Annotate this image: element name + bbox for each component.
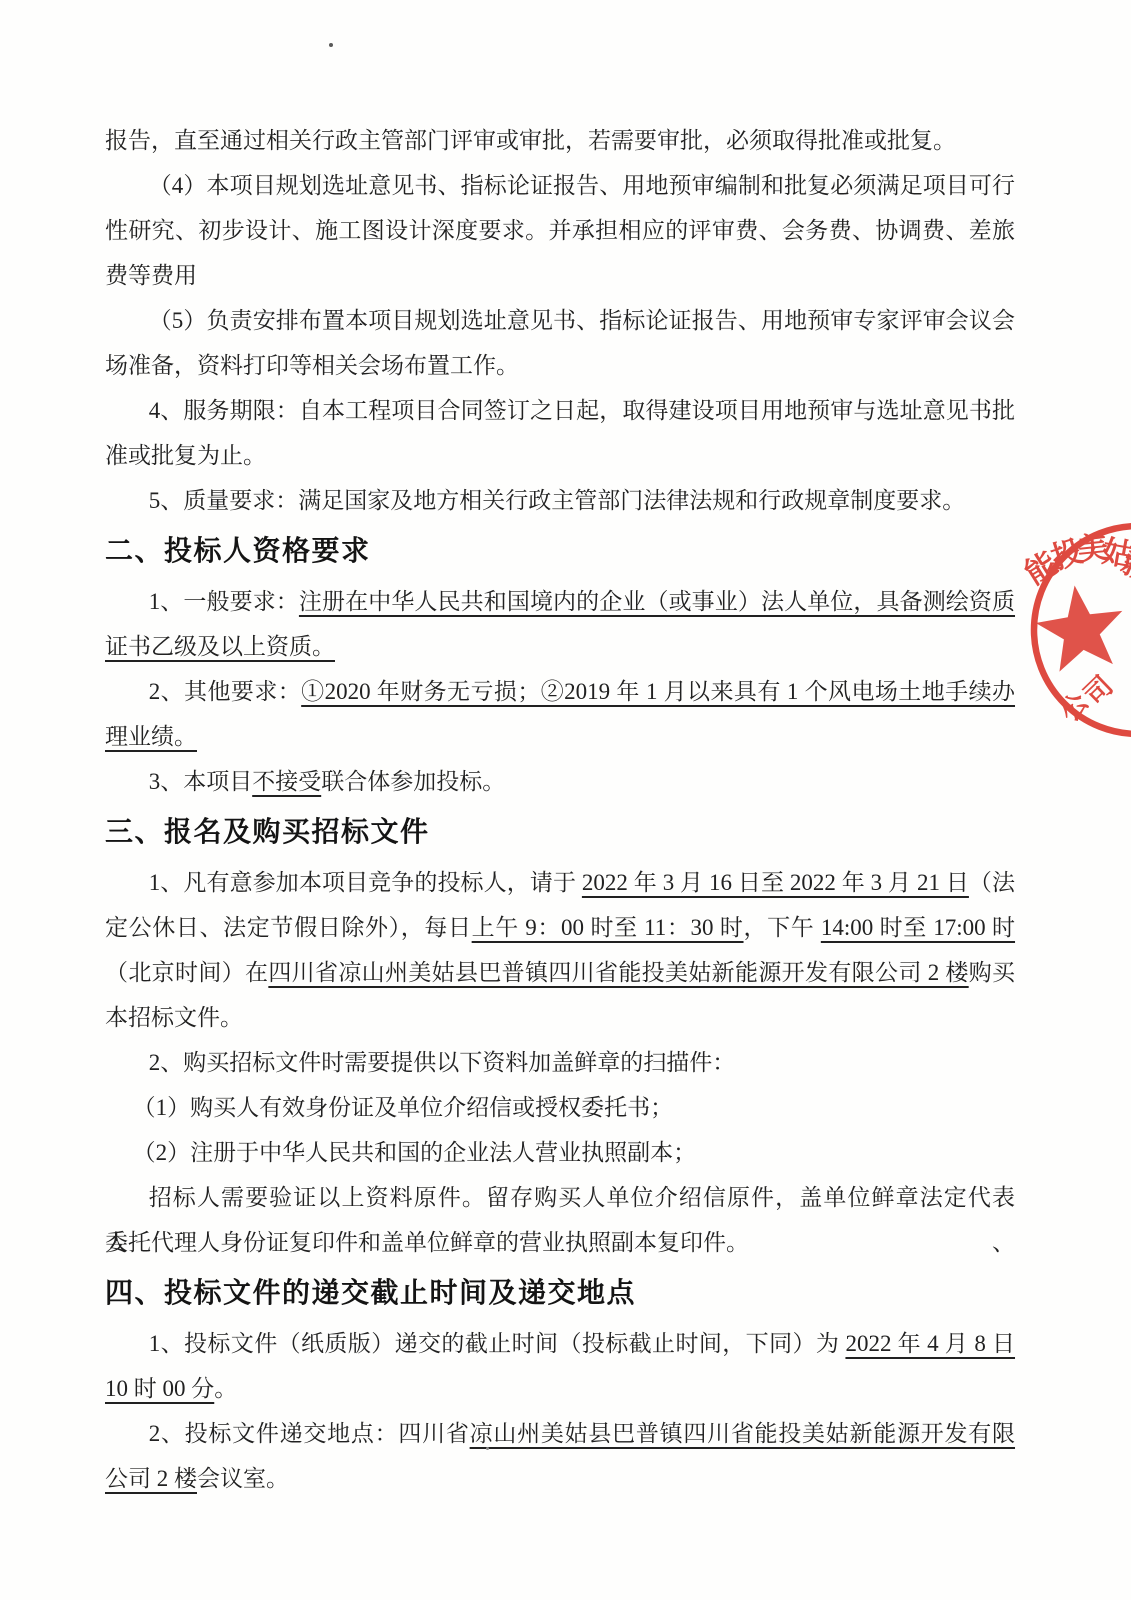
underlined-text: 10 时 00 分 xyxy=(105,1376,214,1401)
paragraph: 报告，直至通过相关行政主管部门评审或审批，若需要审批，必须取得批准或批复。 xyxy=(105,118,1015,163)
text-line: 性研究、初步设计、施工图设计深度要求。并承担相应的评审费、会务费、协调费、差旅 xyxy=(105,208,1015,253)
text-segment: 2、投标文件递交地点：四川省 xyxy=(149,1421,470,1446)
paragraph: 5、质量要求：满足国家及地方相关行政主管部门法律法规和行政规章制度要求。 xyxy=(105,478,1015,523)
company-seal-stamp: 能 投 美 姑 新 公 司 xyxy=(995,468,1131,780)
text-line: 3、本项目不接受联合体参加投标。 xyxy=(105,759,1015,804)
paragraph: （2）注册于中华人民共和国的企业法人营业执照副本； xyxy=(105,1130,1015,1175)
scanned-document-page: 报告，直至通过相关行政主管部门评审或审批，若需要审批，必须取得批准或批复。（4）… xyxy=(0,0,1131,1600)
text-segment: 3、本项目 xyxy=(149,769,253,794)
paragraph: 3、本项目不接受联合体参加投标。 xyxy=(105,759,1015,804)
scan-speck xyxy=(329,43,333,47)
text-segment: 1、一般要求： xyxy=(149,589,299,614)
text-segment: （2）注册于中华人民共和国的企业法人营业执照副本； xyxy=(133,1140,697,1165)
text-segment: （法 xyxy=(969,870,1015,895)
paragraph: 4、服务期限：自本工程项目合同签订之日起，取得建设项目用地预审与选址意见书批准或… xyxy=(105,388,1015,478)
underlined-text: 2022 年 4 月 8 日 xyxy=(845,1331,1015,1356)
text-line: （2）注册于中华人民共和国的企业法人营业执照副本； xyxy=(105,1130,1015,1175)
text-line: 理业绩。 xyxy=(105,714,1015,759)
paragraph: 1、投标文件（纸质版）递交的截止时间（投标截止时间，下同）为 2022 年 4 … xyxy=(105,1321,1015,1411)
scan-speck xyxy=(486,1447,489,1450)
text-segment: 购买 xyxy=(969,960,1015,985)
underlined-text: 理业绩。 xyxy=(105,724,197,749)
text-line: 招标人需要验证以上资料原件。留存购买人单位介绍信原件，盖单位鲜章法定代表人、 xyxy=(105,1175,1015,1220)
text-segment: 5、质量要求：满足国家及地方相关行政主管部门法律法规和行政规章制度要求。 xyxy=(149,488,966,513)
text-line: 1、一般要求：注册在中华人民共和国境内的企业（或事业）法人单位，具备测绘资质 xyxy=(105,579,1015,624)
paragraph: 招标人需要验证以上资料原件。留存购买人单位介绍信原件，盖单位鲜章法定代表人、委托… xyxy=(105,1175,1015,1265)
text-line: 5、质量要求：满足国家及地方相关行政主管部门法律法规和行政规章制度要求。 xyxy=(105,478,1015,523)
text-line: （5）负责安排布置本项目规划选址意见书、指标论证报告、用地预审专家评审会议会 xyxy=(105,298,1015,343)
text-line: 10 时 00 分。 xyxy=(105,1366,1015,1411)
text-line: 4、服务期限：自本工程项目合同签订之日起，取得建设项目用地预审与选址意见书批 xyxy=(105,388,1015,433)
text-segment: 定公休日、法定节假日除外），每日 xyxy=(105,915,472,940)
seal-arc-char: 能 xyxy=(1019,545,1064,591)
text-line: （北京时间）在四川省凉山州美姑县巴普镇四川省能投美姑新能源开发有限公司 2 楼购… xyxy=(105,950,1015,995)
star-icon xyxy=(1031,579,1129,674)
text-segment: （5）负责安排布置本项目规划选址意见书、指标论证报告、用地预审专家评审会议会 xyxy=(149,308,1015,333)
text-segment: 2、其他要求： xyxy=(149,679,301,704)
text-segment: 费等费用 xyxy=(105,263,197,288)
text-segment: ，下午 xyxy=(744,915,821,940)
text-segment: 本招标文件。 xyxy=(105,1005,243,1030)
text-segment: （1）购买人有效身份证及单位介绍信或授权委托书； xyxy=(133,1095,674,1120)
text-line: 2、其他要求：①2020 年财务无亏损；②2019 年 1 月以来具有 1 个风… xyxy=(105,669,1015,714)
text-segment: 报告，直至通过相关行政主管部门评审或审批，若需要审批，必须取得批准或批复。 xyxy=(105,128,956,153)
paragraph: （5）负责安排布置本项目规划选址意见书、指标论证报告、用地预审专家评审会议会场准… xyxy=(105,298,1015,388)
text-line: 报告，直至通过相关行政主管部门评审或审批，若需要审批，必须取得批准或批复。 xyxy=(105,118,1015,163)
document-body: 报告，直至通过相关行政主管部门评审或审批，若需要审批，必须取得批准或批复。（4）… xyxy=(105,118,1015,1501)
text-line: 2、投标文件递交地点：四川省凉山州美姑县巴普镇四川省能投美姑新能源开发有限 xyxy=(105,1411,1015,1456)
seal-arc-char: 新 xyxy=(1117,544,1131,589)
text-segment: （4）本项目规划选址意见书、指标论证报告、用地预审编制和批复必须满足项目可行 xyxy=(149,173,1015,198)
text-line: 2、购买招标文件时需要提供以下资料加盖鲜章的扫描件： xyxy=(105,1040,1015,1085)
text-segment: 准或批复为止。 xyxy=(105,443,266,468)
text-segment: 会议室。 xyxy=(197,1466,289,1491)
underlined-text: ①2020 年财务无亏损；②2019 年 1 月以来具有 1 个风电场土地手续办 xyxy=(301,679,1015,704)
text-segment: 性研究、初步设计、施工图设计深度要求。并承担相应的评审费、会务费、协调费、差旅 xyxy=(105,218,1015,243)
text-segment: 4、服务期限：自本工程项目合同签订之日起，取得建设项目用地预审与选址意见书批 xyxy=(149,398,1015,423)
text-segment: 委托代理人身份证复印件和盖单位鲜章的营业执照副本复印件。 xyxy=(105,1230,749,1255)
seal-arc-char: 美 xyxy=(1076,529,1110,567)
text-line: 准或批复为止。 xyxy=(105,433,1015,478)
seal-bottom-char: 司 xyxy=(1078,670,1118,710)
underlined-text: 证书乙级及以上资质。 xyxy=(105,634,335,659)
text-line: 定公休日、法定节假日除外），每日上午 9：00 时至 11：30 时，下午 14… xyxy=(105,905,1015,950)
underlined-text: 14:00 时至 17:00 时 xyxy=(821,915,1015,940)
text-line: 本招标文件。 xyxy=(105,995,1015,1040)
text-segment: （北京时间）在 xyxy=(105,960,268,985)
text-segment: 2、购买招标文件时需要提供以下资料加盖鲜章的扫描件： xyxy=(149,1050,736,1075)
seal-bottom-char: 公 xyxy=(1054,688,1094,728)
seal-arc-char: 投 xyxy=(1047,533,1087,576)
text-line: 证书乙级及以上资质。 xyxy=(105,624,1015,669)
underlined-text: 注册在中华人民共和国境内的企业（或事业）法人单位，具备测绘资质 xyxy=(299,589,1015,614)
text-segment: 1、凡有意参加本项目竞争的投标人，请于 xyxy=(149,870,582,895)
text-line: 场准备，资料打印等相关会场布置工作。 xyxy=(105,343,1015,388)
seal-arc-char: 姑 xyxy=(1100,534,1131,574)
underlined-text: 公司 2 楼 xyxy=(105,1466,197,1491)
underlined-text: 上午 9：00 时至 11：30 时 xyxy=(472,915,744,940)
paragraph: 2、购买招标文件时需要提供以下资料加盖鲜章的扫描件： xyxy=(105,1040,1015,1085)
paragraph: 1、一般要求：注册在中华人民共和国境内的企业（或事业）法人单位，具备测绘资质证书… xyxy=(105,579,1015,669)
section-heading: 四、投标文件的递交截止时间及递交地点 xyxy=(105,1265,1015,1321)
paragraph: （1）购买人有效身份证及单位介绍信或授权委托书； xyxy=(105,1085,1015,1130)
text-segment: 。 xyxy=(214,1376,237,1401)
underlined-text: 2022 年 3 月 16 日至 2022 年 3 月 21 日 xyxy=(582,870,969,895)
section-heading: 三、报名及购买招标文件 xyxy=(105,804,1015,860)
text-line: 1、凡有意参加本项目竞争的投标人，请于 2022 年 3 月 16 日至 202… xyxy=(105,860,1015,905)
underlined-text: 凉山州美姑县巴普镇四川省能投美姑新能源开发有限 xyxy=(470,1421,1015,1446)
paragraph: （4）本项目规划选址意见书、指标论证报告、用地预审编制和批复必须满足项目可行性研… xyxy=(105,163,1015,298)
underlined-text: 四川省凉山州美姑县巴普镇四川省能投美姑新能源开发有限公司 2 楼 xyxy=(268,960,968,985)
text-line: 1、投标文件（纸质版）递交的截止时间（投标截止时间，下同）为 2022 年 4 … xyxy=(105,1321,1015,1366)
paragraph: 2、其他要求：①2020 年财务无亏损；②2019 年 1 月以来具有 1 个风… xyxy=(105,669,1015,759)
seal-ring xyxy=(1034,526,1131,734)
text-segment: 联合体参加投标。 xyxy=(321,769,505,794)
paragraph: 1、凡有意参加本项目竞争的投标人，请于 2022 年 3 月 16 日至 202… xyxy=(105,860,1015,1040)
text-segment: 1、投标文件（纸质版）递交的截止时间（投标截止时间，下同）为 xyxy=(149,1331,846,1356)
underlined-text: 不接受 xyxy=(252,769,321,794)
text-segment: 场准备，资料打印等相关会场布置工作。 xyxy=(105,353,519,378)
section-heading: 二、投标人资格要求 xyxy=(105,523,1015,579)
text-line: （1）购买人有效身份证及单位介绍信或授权委托书； xyxy=(105,1085,1015,1130)
text-line: （4）本项目规划选址意见书、指标论证报告、用地预审编制和批复必须满足项目可行 xyxy=(105,163,1015,208)
text-line: 费等费用 xyxy=(105,253,1015,298)
text-line: 公司 2 楼会议室。 xyxy=(105,1456,1015,1501)
paragraph: 2、投标文件递交地点：四川省凉山州美姑县巴普镇四川省能投美姑新能源开发有限公司 … xyxy=(105,1411,1015,1501)
